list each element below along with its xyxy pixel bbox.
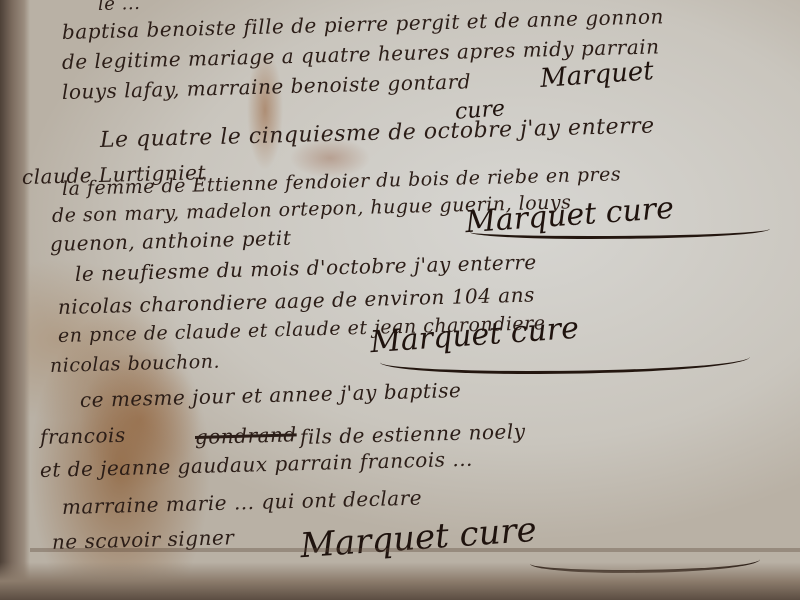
register-line: et de jeanne gaudaux parrain francois ..…	[40, 447, 473, 482]
signature: cure	[454, 96, 506, 124]
signature: Marquet cure	[299, 510, 538, 566]
register-line: fils de estienne noely	[300, 419, 526, 449]
page-bottom-edge	[0, 562, 800, 600]
signature-flourish	[470, 222, 770, 239]
register-line: marraine marie ... qui ont declare	[62, 486, 423, 519]
register-line: nicolas bouchon.	[50, 351, 221, 377]
register-line: francois	[40, 423, 126, 449]
register-line: louys lafay, marraine benoiste gontard	[62, 69, 472, 104]
signature: Marquet	[539, 56, 655, 94]
entry-heading-line: le neufiesme du mois d'octobre j'ay ente…	[75, 250, 537, 286]
entry-heading-line: Le quatre le cinquiesme de octobre j'ay …	[100, 113, 655, 153]
struck-word: gondrand	[195, 422, 297, 449]
register-line: guenon, anthoine petit	[50, 226, 292, 256]
book-spine	[0, 0, 30, 600]
signature-flourish	[380, 345, 750, 374]
page-fold	[30, 548, 800, 552]
entry-heading-line: ce mesme jour et annee j'ay baptise	[80, 378, 462, 412]
register-line: le ...	[98, 0, 141, 15]
manuscript-page: le ... baptisa benoiste fille de pierre …	[0, 0, 800, 600]
